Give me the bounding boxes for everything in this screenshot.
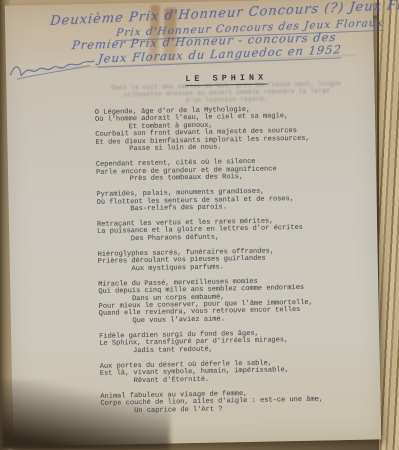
stanza: Retraçant les vertus et les rares mérite… [97, 216, 387, 244]
bottom-left-shadow [0, 380, 170, 450]
stanza: O Légende, âge d'or de la Mythologie,Où … [95, 104, 386, 154]
stanza: Cependant restent, cités où le silencePa… [96, 157, 386, 185]
stanza: Fidèle gardien surgi du fond des âges,Le… [99, 328, 389, 356]
stanza: Pyramides, palais, monuments grandioses,… [96, 186, 386, 214]
poem: O Légende, âge d'or de la Mythologie,Où … [95, 104, 391, 423]
photo-of-typed-poem-page: LE SPHINX Dans la nuit des sables du Nil… [0, 0, 399, 450]
stanza: Hiéroglyphes sacrés, funéraires offrande… [98, 246, 388, 274]
stanza: Miracle du Passé, merveilleuses momiesQu… [98, 276, 389, 326]
